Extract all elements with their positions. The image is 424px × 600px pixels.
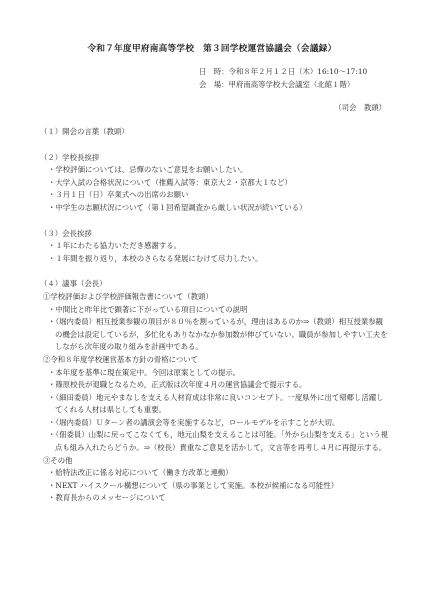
section-heading: （２）学校長挨拶 [40, 152, 390, 165]
section-heading: （３）会長挨拶 [40, 228, 390, 241]
document-page: 令和７年度甲府南高等学校 第３回学校運営協議会（会議録） 日 時：令和８年２月１… [0, 0, 424, 600]
section-heading: （１）開会の言葉（教頭） [40, 126, 390, 139]
subsection-heading: ③その他 [40, 455, 390, 468]
meeting-venue: 会 場：甲府南高等学校大会議室（北館１階） [199, 78, 367, 91]
section-heading: （４）議事（会長） [40, 278, 390, 291]
subsection-heading: ②令和８年度学校運営基本方針の骨格について [40, 354, 390, 367]
meeting-date: 日 時：令和８年２月１２日（木）16:10～17:10 [199, 65, 367, 78]
list-item: ・（佃委員）山梨に戻ってこなくても，地元山梨を支えることは可能。「外から山梨を支… [40, 429, 390, 454]
section-principal-greeting: （２）学校長挨拶 ・学校評価については、忌憚のないご意見をお願いしたい。 ・大学… [40, 152, 390, 215]
date-value: 令和８年２月１２日（木）16:10～17:10 [229, 67, 368, 76]
venue-label: 会 場： [199, 80, 229, 89]
list-item: ・NEXT ハイスクール構想について（県の事業として実施。本校が候補になる可能性… [40, 480, 390, 493]
section-chair-greeting: （３）会長挨拶 ・１年にわたる協力いただき感謝する。 ・１年間を振り返り，本校の… [40, 228, 390, 266]
date-label: 日 時： [199, 67, 229, 76]
list-item: ・大学入試の合格状況について（推薦入試等：東京大２・京都大１など） [40, 177, 390, 190]
list-item: ・３月１日（日）卒業式への出席のお願い [40, 189, 390, 202]
subsection-heading: ①学校評価および学校評価報告書について（教頭） [40, 291, 390, 304]
section-agenda: （４）議事（会長） ①学校評価および学校評価報告書について（教頭） ・中間比と昨… [40, 278, 390, 505]
list-item: ・１年間を振り返り，本校のさらなる発展にむけて尽力したい。 [40, 253, 390, 266]
meeting-meta: 日 時：令和８年２月１２日（木）16:10～17:10 会 場：甲府南高等学校大… [199, 65, 367, 91]
minutes-body: （１）開会の言葉（教頭） （２）学校長挨拶 ・学校評価については、忌憚のないご意… [40, 126, 390, 518]
venue-value: 甲府南高等学校大会議室（北館１階） [229, 80, 355, 89]
list-item: ・（堀内委員）相互授業参観の項目が８０％を割っているが，理由はあるのか⇒（教頭）… [40, 316, 390, 354]
mc-note: （司会 教頭） [334, 102, 386, 113]
list-item: ・本年度を基準に現在策定中。今回は原案としての提示。 [40, 367, 390, 380]
list-item: ・中間比と昨年比で顕著に下がっている項目についての説明 [40, 304, 390, 317]
document-title: 令和７年度甲府南高等学校 第３回学校運営協議会（会議録） [0, 42, 424, 54]
list-item: ・１年にわたる協力いただき感謝する。 [40, 240, 390, 253]
list-item: ・学校評価については、忌憚のないご意見をお願いしたい。 [40, 164, 390, 177]
list-item: ・篠原校長が退職となるため，正式版は次年度４月の運営協議会で提示する。 [40, 379, 390, 392]
list-item: ・（細田委員）地元やまなしを支える人材育成は非常に良いコンセプト。一度県外に出て… [40, 392, 390, 417]
section-opening: （１）開会の言葉（教頭） [40, 126, 390, 139]
list-item: ・（堀内委員）Ｕターン者の講演会等を実施するなど，ロールモデルを示すことが大切。 [40, 417, 390, 430]
list-item: ・中学生の志願状況について（第１回希望調査から厳しい状況が続いている） [40, 202, 390, 215]
list-item: ・教育長からのメッセージについて [40, 492, 390, 505]
list-item: ・給特法改正に係る対応について（働き方改革と連動） [40, 467, 390, 480]
